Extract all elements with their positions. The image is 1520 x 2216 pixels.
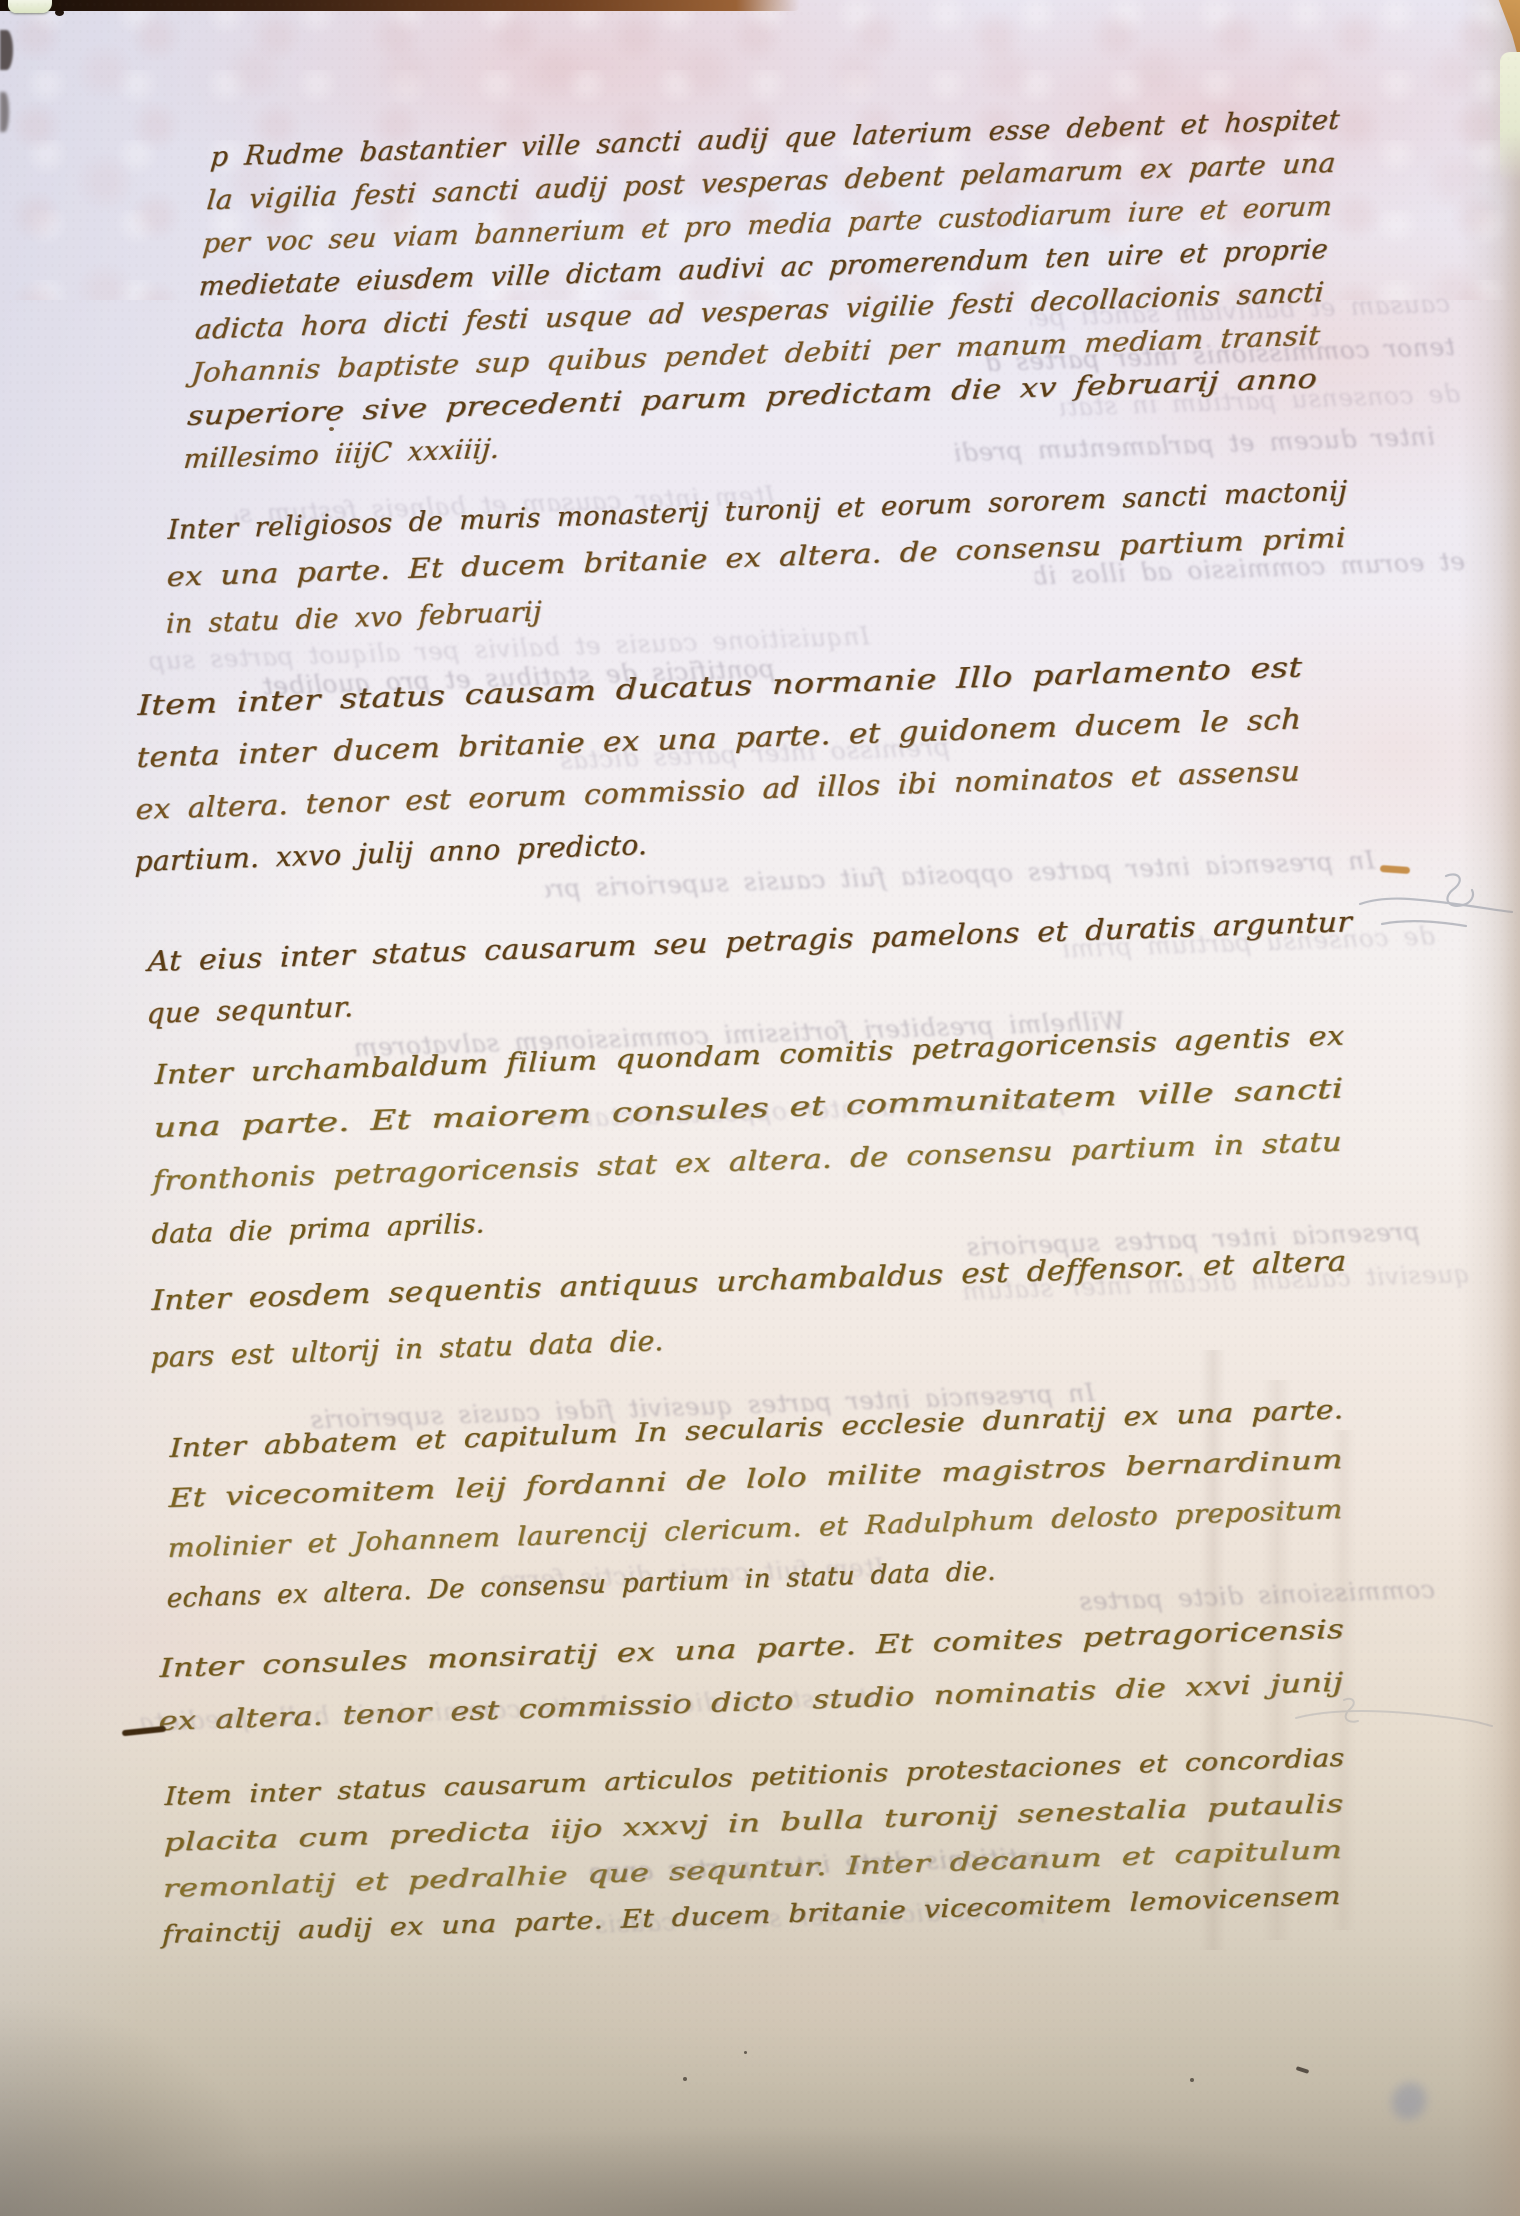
photo-grain-overlay <box>0 0 1520 2216</box>
manuscript-photo: p Rudme bastantier ville sancti audij qu… <box>0 0 1520 2216</box>
